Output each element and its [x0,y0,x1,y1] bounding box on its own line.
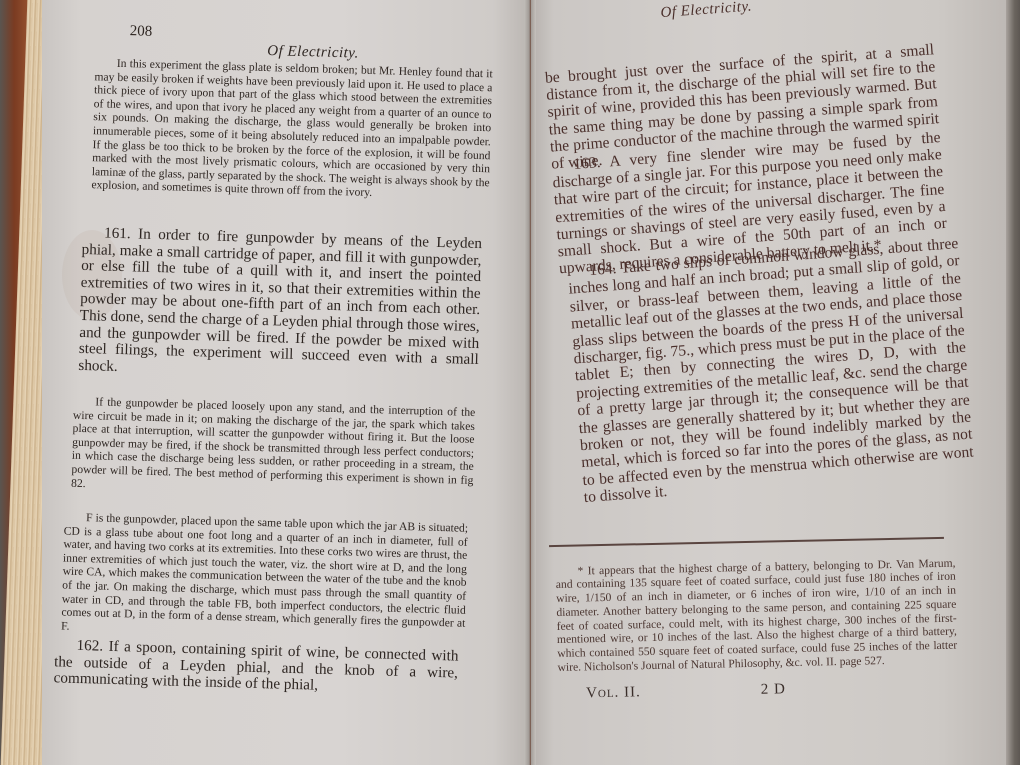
paragraph-fig82: F is the gunpowder, placed upon the same… [61,511,468,645]
page-number: 208 [130,23,153,41]
book-gutter [524,0,536,765]
gathering-signature: 2 D [761,682,786,700]
footnote: * It appears that the highest charge of … [555,556,957,675]
open-book-photo: 208 Of Electricity. In this experiment t… [0,0,1020,765]
paragraph-experiment: In this experiment the glass plate is se… [91,56,493,203]
volume-signature: Vol. II. [586,685,641,703]
paragraph-loose-gunpowder: If the gunpowder be placed loosely upon … [71,395,476,501]
paragraph-164: 164. Take two slips of common window gla… [567,235,976,507]
book-edge-right [1006,0,1020,765]
paragraph-161: 161. In order to fire gunpowder by means… [78,225,482,385]
footnote-area: * It appears that the highest charge of … [555,537,958,704]
running-head-left: Of Electricity. [267,43,359,63]
